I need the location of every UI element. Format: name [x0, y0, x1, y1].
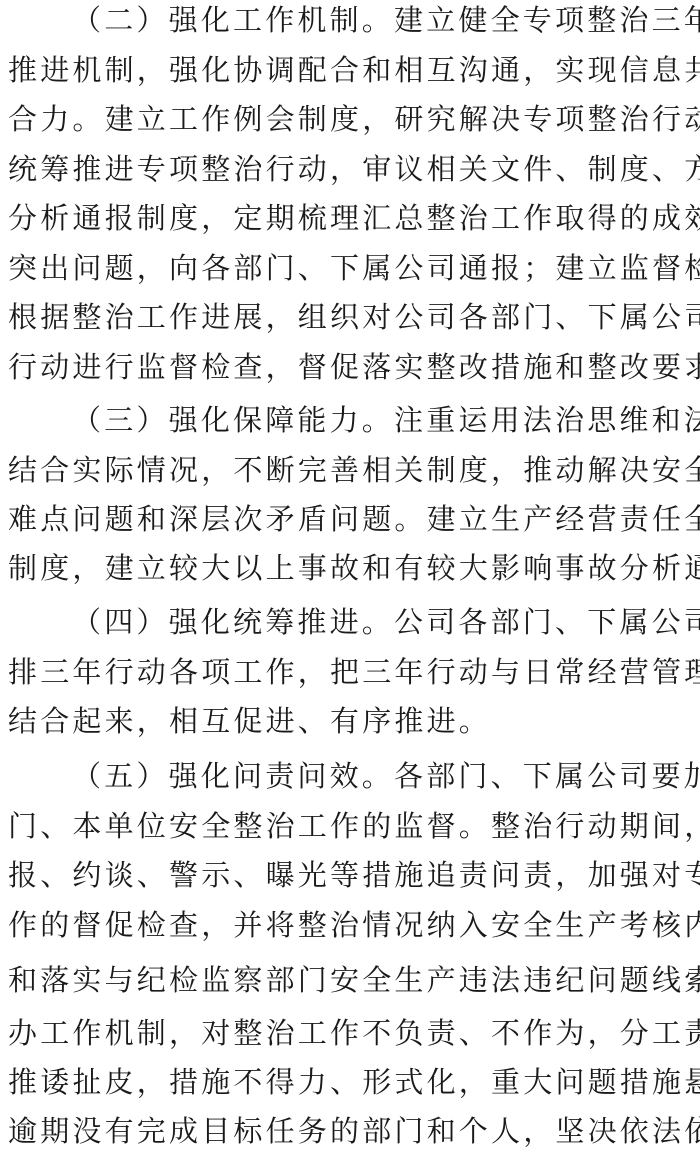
paragraph-3-line-4: 制度，建立较大以上事故和有较大影响事故分析通报制度。	[8, 548, 700, 596]
paragraph-2-line-5: 分析通报制度，定期梳理汇总整治工作取得的成效和存在的	[8, 198, 700, 246]
paragraph-3-line-1: （三）强化保障能力。注重运用法治思维和法治方式，	[8, 400, 700, 448]
paragraph-2-line-2: 推进机制，强化协调配合和相互沟通，实现信息共享和形成	[8, 50, 700, 98]
paragraph-5-line-4: 作的督促检查，并将整治情况纳入安全生产考核内容，建立	[8, 905, 700, 953]
paragraph-2-line-6: 突出问题，向各部门、下属公司通报；建立监督检查制度，	[8, 248, 700, 296]
paragraph-2-line-3: 合力。建立工作例会制度，研究解决专项整治行动重大问题，	[8, 99, 700, 147]
paragraph-2-line-1: （二）强化工作机制。建立健全专项整治三年行动专班	[8, 0, 700, 48]
paragraph-5-line-6: 办工作机制，对整治工作不负责、不作为，分工责任不落实、	[8, 1013, 700, 1061]
paragraph-3-line-2: 结合实际情况，不断完善相关制度，推动解决安全生产重点	[8, 450, 700, 498]
paragraph-4-line-1: （四）强化统筹推进。公司各部门、下属公司要统筹安	[8, 602, 700, 650]
paragraph-3-line-3: 难点问题和深层次矛盾问题。建立生产经营责任全过程追溯	[8, 499, 700, 547]
paragraph-5-line-8: 逾期没有完成目标任务的部门和个人，坚决依法依规问责。	[8, 1111, 700, 1157]
paragraph-2-line-7: 根据整治工作进展，组织对公司各部门、下属公司专项整治	[8, 297, 700, 345]
paragraph-2-line-8: 行动进行监督检查，督促落实整改措施和整改要求。	[8, 347, 700, 395]
paragraph-5-line-1: （五）强化问责问效。各部门、下属公司要加强对本部	[8, 756, 700, 804]
paragraph-5-line-2: 门、本单位安全整治工作的监督。整治行动期间，将通过通	[8, 806, 700, 854]
paragraph-2-line-4: 统筹推进专项整治行动，审议相关文件、制度、方案；建立	[8, 149, 700, 197]
paragraph-5-line-7: 推诿扯皮，措施不得力、形式化，重大问题措施悬而不决，	[8, 1062, 700, 1110]
paragraph-5-line-5: 和落实与纪检监察部门安全生产违法违纪问题线索移交查	[8, 960, 700, 1008]
paragraph-4-line-3: 结合起来，相互促进、有序推进。	[8, 701, 491, 749]
paragraph-4-line-2: 排三年行动各项工作，把三年行动与日常经营管理工作有机	[8, 652, 700, 700]
paragraph-5-line-3: 报、约谈、警示、曝光等措施追责问责，加强对专项整治工	[8, 855, 700, 903]
